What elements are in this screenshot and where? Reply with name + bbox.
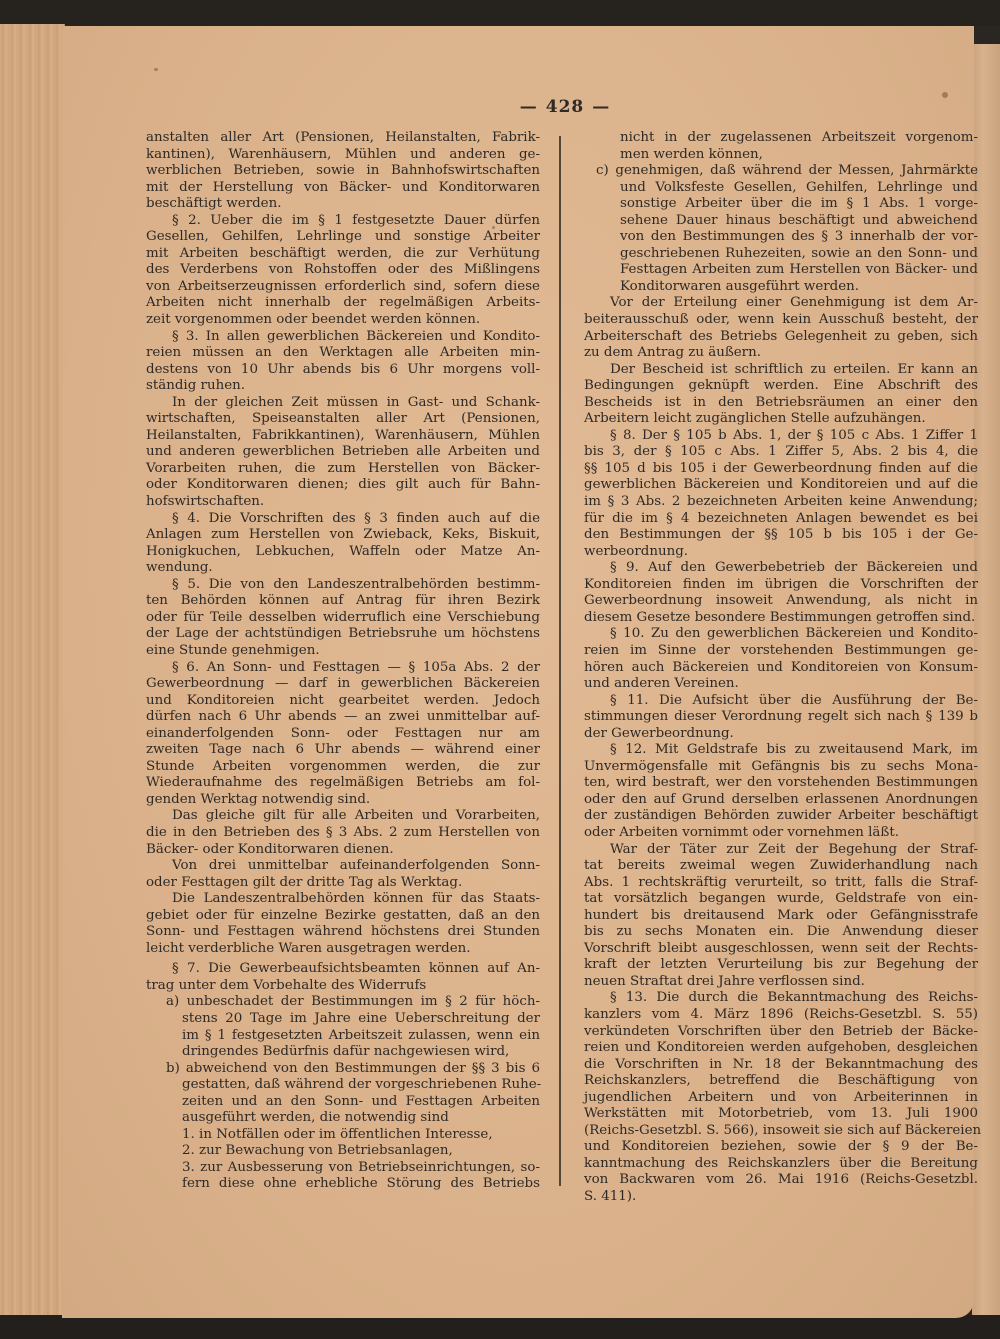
text-line: tat vorsätzlich begangen wurde, Geldstra… <box>584 891 978 908</box>
text-line: die in den Betrieben des § 3 Abs. 2 zum … <box>146 825 540 842</box>
text-line: § 2. Ueber die im § 1 festgesetzte Dauer… <box>146 213 540 230</box>
text-line: der zuständigen Behörden zuwider Arbeite… <box>584 808 978 825</box>
text-line: ten, wird bestraft, wer den vorstehenden… <box>584 775 978 792</box>
text-line: zeit vorgenommen oder beendet werden kön… <box>146 312 540 329</box>
text-line: jugendlichen Arbeitern und von Arbeiteri… <box>584 1090 978 1107</box>
text-line: Vorarbeiten ruhen, die zum Herstellen vo… <box>146 461 540 478</box>
text-line: § 7. Die Gewerbeaufsichtsbeamten können … <box>146 961 540 978</box>
text-line: zeiten und an den Sonn- und Festtagen Ar… <box>146 1094 540 1111</box>
text-line: War der Täter zur Zeit der Begehung der … <box>584 842 978 859</box>
text-line: Konditoreien finden im übrigen die Vorsc… <box>584 577 978 594</box>
text-line: reien und Konditoreien werden aufgehoben… <box>584 1040 978 1057</box>
text-line: sonstige Arbeiter über die im § 1 Abs. 1… <box>584 196 978 213</box>
text-line: Vor der Erteilung einer Genehmigung ist … <box>584 295 978 312</box>
text-line: mit der Herstellung von Bäcker- und Kond… <box>146 180 540 197</box>
text-line: wendung. <box>146 560 540 577</box>
page-number-dash-left: — <box>520 97 538 117</box>
text-line: Der Bescheid ist schriftlich zu erteilen… <box>584 362 978 379</box>
text-line: Festtagen Arbeiten zum Herstellen von Bä… <box>584 262 978 279</box>
text-line: und anderen gewerblichen Betrieben alle … <box>146 444 540 461</box>
text-line: (Reichs-Gesetzbl. S. 566), insoweit sie … <box>584 1123 978 1140</box>
text-line: Sonn- und Festtagen während höchstens dr… <box>146 924 540 941</box>
text-line: gewerblichen Bäckereien und Konditoreien… <box>584 477 978 494</box>
text-line: Bescheids ist in den Betriebsräumen an e… <box>584 395 978 412</box>
text-line: neuen Straftat drei Jahre verflossen sin… <box>584 974 978 991</box>
text-line: des Verderbens von Rohstoffen oder des M… <box>146 262 540 279</box>
text-line: und Volksfeste Gesellen, Gehilfen, Lehrl… <box>584 180 978 197</box>
text-line: die Vorschriften in Nr. 18 der Bekanntma… <box>584 1057 978 1074</box>
text-line: Bäcker- oder Konditorwaren dienen. <box>146 842 540 859</box>
text-line: Werkstätten mit Motorbetrieb, vom 13. Ju… <box>584 1106 978 1123</box>
text-line: zweiten Tage nach 6 Uhr abends — während… <box>146 742 540 759</box>
text-line: 2. zur Bewachung von Betriebsanlagen, <box>146 1143 540 1160</box>
page-number-value: 428 <box>546 97 585 117</box>
text-line: genden Werktag notwendig sind. <box>146 792 540 809</box>
text-line: beschäftigt werden. <box>146 196 540 213</box>
text-line: für die im § 4 bezeichneten Anlagen bewe… <box>584 511 978 528</box>
text-line: ausgeführt werden, die notwendig sind <box>146 1110 540 1127</box>
text-line: oder Arbeiten vornimmt oder vornehmen lä… <box>584 825 978 842</box>
text-line: diesem Gesetze besondere Bestimmungen ge… <box>584 610 978 627</box>
text-line: § 4. Die Vorschriften des § 3 finden auc… <box>146 511 540 528</box>
text-line: 3. zur Ausbesserung von Betriebseinricht… <box>146 1160 540 1177</box>
text-line: kantinen), Warenhäusern, Mühlen und ande… <box>146 147 540 164</box>
text-line: S. 411). <box>584 1189 978 1206</box>
text-line: einanderfolgenden Sonn- oder Festtagen n… <box>146 726 540 743</box>
text-line: Anlagen zum Herstellen von Zwieback, Kek… <box>146 527 540 544</box>
text-line: reien müssen an den Werktagen alle Arbei… <box>146 345 540 362</box>
text-line: § 3. In allen gewerblichen Bäckereien un… <box>146 329 540 346</box>
text-line: eine Stunde genehmigen. <box>146 643 540 660</box>
scanner-background-top <box>0 0 1000 26</box>
text-line: § 12. Mit Geldstrafe bis zu zweitausend … <box>584 742 978 759</box>
text-line: von Backwaren vom 26. Mai 1916 (Reichs-G… <box>584 1172 978 1189</box>
text-line: trag unter dem Vorbehalte des Widerrufs <box>146 978 540 995</box>
text-line: geschriebenen Ruhezeiten, sowie an den S… <box>584 246 978 263</box>
text-line: dringendes Bedürfnis dafür nachgewiesen … <box>146 1044 540 1061</box>
text-line: In der gleichen Zeit müssen in Gast- und… <box>146 395 540 412</box>
text-line: hören auch Bäckereien und Konditoreien v… <box>584 660 978 677</box>
text-line: stens 20 Tage im Jahre eine Ueberschreit… <box>146 1011 540 1028</box>
text-line: §§ 105 d bis 105 i der Gewerbeordnung fi… <box>584 461 978 478</box>
text-line: destens von 10 Uhr abends bis 6 Uhr morg… <box>146 362 540 379</box>
text-line: von Arbeitserzeugnissen erforderlich sin… <box>146 279 540 296</box>
text-line: tat bereits zweimal wegen Zuwiderhandlun… <box>584 858 978 875</box>
text-line: § 8. Der § 105 b Abs. 1, der § 105 c Abs… <box>584 428 978 445</box>
text-line: leicht verderbliche Waren ausgetragen we… <box>146 941 540 958</box>
text-line: hundert bis dreitausend Mark oder Gefäng… <box>584 908 978 925</box>
text-line: den Bestimmungen der §§ 105 b bis 105 i … <box>584 527 978 544</box>
left-text-column: anstalten aller Art (Pensionen, Heilanst… <box>146 130 540 1193</box>
text-line: c) genehmigen, daß während der Messen, J… <box>584 163 978 180</box>
text-line: fern diese ohne erhebliche Störung des B… <box>146 1176 540 1193</box>
text-line: beiterausschuß oder, wenn kein Ausschuß … <box>584 312 978 329</box>
text-line: oder für Teile desselben widerruflich ei… <box>146 610 540 627</box>
text-line: und Konditoreien beziehen, sowie der § 9… <box>584 1139 978 1156</box>
text-line: 1. in Notfällen oder im öffentlichen Int… <box>146 1127 540 1144</box>
text-line: § 10. Zu den gewerblichen Bäckereien und… <box>584 626 978 643</box>
right-text-column: nicht in der zugelassenen Arbeitszeit vo… <box>584 130 978 1206</box>
text-line: Stunde Arbeiten vorgenommen werden, die … <box>146 759 540 776</box>
text-line: men werden können, <box>584 147 978 164</box>
text-line: Gesellen, Gehilfen, Lehrlinge und sonsti… <box>146 229 540 246</box>
text-line: der Gewerbeordnung. <box>584 726 978 743</box>
text-line: Die Landeszentralbehörden können für das… <box>146 891 540 908</box>
text-line: Bedingungen geknüpft werden. Eine Abschr… <box>584 378 978 395</box>
text-line: Das gleiche gilt für alle Arbeiten und V… <box>146 808 540 825</box>
text-line: und Konditoreien nicht gearbeitet werden… <box>146 693 540 710</box>
text-line: § 5. Die von den Landeszentralbehörden b… <box>146 577 540 594</box>
text-line: oder den auf Grund derselben erlassenen … <box>584 792 978 809</box>
text-line: gestatten, daß während der vorgeschriebe… <box>146 1077 540 1094</box>
paper-speck <box>942 92 948 98</box>
text-line: § 13. Die durch die Bekanntmachung des R… <box>584 990 978 1007</box>
text-line: wirtschaften, Speiseanstalten aller Art … <box>146 411 540 428</box>
column-divider <box>559 136 561 1186</box>
text-line: Unvermögensfalle mit Gefängnis bis zu se… <box>584 759 978 776</box>
text-line: Arbeiten nicht innerhalb der regelmäßige… <box>146 295 540 312</box>
text-line: im § 1 festgesetzten Arbeitszeit zulasse… <box>146 1028 540 1045</box>
text-line: b) abweichend von den Bestimmungen der §… <box>146 1061 540 1078</box>
page-number: —428— <box>510 97 620 117</box>
text-line: im § 3 Abs. 2 bezeichneten Arbeiten kein… <box>584 494 978 511</box>
text-line: stimmungen dieser Verordnung regelt sich… <box>584 709 978 726</box>
text-line: werbeordnung. <box>584 544 978 561</box>
page-stack-left-edge <box>0 24 65 1324</box>
text-line: kanntmachung des Reichskanzlers über die… <box>584 1156 978 1173</box>
text-line: ten Behörden können auf Antrag für ihren… <box>146 593 540 610</box>
text-line: Von drei unmittelbar aufeinanderfolgende… <box>146 858 540 875</box>
text-line: von den Bestimmungen des § 3 innerhalb d… <box>584 229 978 246</box>
text-line: sehene Dauer hinaus beschäftigt und abwe… <box>584 213 978 230</box>
paper-speck <box>154 68 158 71</box>
text-line: nicht in der zugelassenen Arbeitszeit vo… <box>584 130 978 147</box>
text-line: und anderen Vereinen. <box>584 676 978 693</box>
text-line: anstalten aller Art (Pensionen, Heilanst… <box>146 130 540 147</box>
text-line: Vorschrift bleibt ausgeschlossen, wenn s… <box>584 941 978 958</box>
text-line: bis 3, der § 105 c Abs. 1 Ziffer 5, Abs.… <box>584 444 978 461</box>
text-line: Gewerbeordnung insoweit Anwendung, als n… <box>584 593 978 610</box>
text-line: Reichskanzlers, betreffend die Beschäfti… <box>584 1073 978 1090</box>
text-line: kanzlers vom 4. März 1896 (Reichs-Gesetz… <box>584 1007 978 1024</box>
text-line: kraft der letzten Verurteilung bis zur B… <box>584 957 978 974</box>
text-line: oder Konditorwaren dienen; dies gilt auc… <box>146 477 540 494</box>
page-number-dash-right: — <box>592 97 610 117</box>
text-line: verkündeten Vorschriften über den Betrie… <box>584 1024 978 1041</box>
text-line: Wiederaufnahme des regelmäßigen Betriebs… <box>146 775 540 792</box>
text-line: Heilanstalten, Fabrikkantinen), Warenhäu… <box>146 428 540 445</box>
text-line: Abs. 1 rechtskräftig verurteilt, so trit… <box>584 875 978 892</box>
scanner-background-bottom <box>0 1315 1000 1339</box>
text-line: bis zu sechs Monaten ein. Die Anwendung … <box>584 924 978 941</box>
text-line: reien im Sinne der vorstehenden Bestimmu… <box>584 643 978 660</box>
text-line: Gewerbeordnung — darf in gewerblichen Bä… <box>146 676 540 693</box>
text-line: mit Arbeiten beschäftigt werden, die zur… <box>146 246 540 263</box>
text-line: § 6. An Sonn- und Festtagen — § 105a Abs… <box>146 660 540 677</box>
text-line: § 9. Auf den Gewerbebetrieb der Bäckerei… <box>584 560 978 577</box>
text-line: hofswirtschaften. <box>146 494 540 511</box>
text-line: Arbeitern leicht zugänglichen Stelle auf… <box>584 411 978 428</box>
text-line: zu dem Antrag zu äußern. <box>584 345 978 362</box>
text-line: a) unbeschadet der Bestimmungen im § 2 f… <box>146 994 540 1011</box>
text-line: dürfen nach 6 Uhr abends — an zwei unmit… <box>146 709 540 726</box>
text-line: gebiet oder für einzelne Bezirke gestatt… <box>146 908 540 925</box>
text-line: ständig ruhen. <box>146 378 540 395</box>
text-line: der Lage der achtstündigen Betriebsruhe … <box>146 626 540 643</box>
text-line: Konditorwaren ausgeführt werden. <box>584 279 978 296</box>
text-line: Honigkuchen, Lebkuchen, Waffeln oder Mat… <box>146 544 540 561</box>
text-line: Arbeiterschaft des Betriebs Gelegenheit … <box>584 329 978 346</box>
text-line: § 11. Die Aufsicht über die Ausführung d… <box>584 693 978 710</box>
text-line: oder Festtagen gilt der dritte Tag als W… <box>146 875 540 892</box>
text-line: werblichen Betrieben, sowie in Bahnhofsw… <box>146 163 540 180</box>
